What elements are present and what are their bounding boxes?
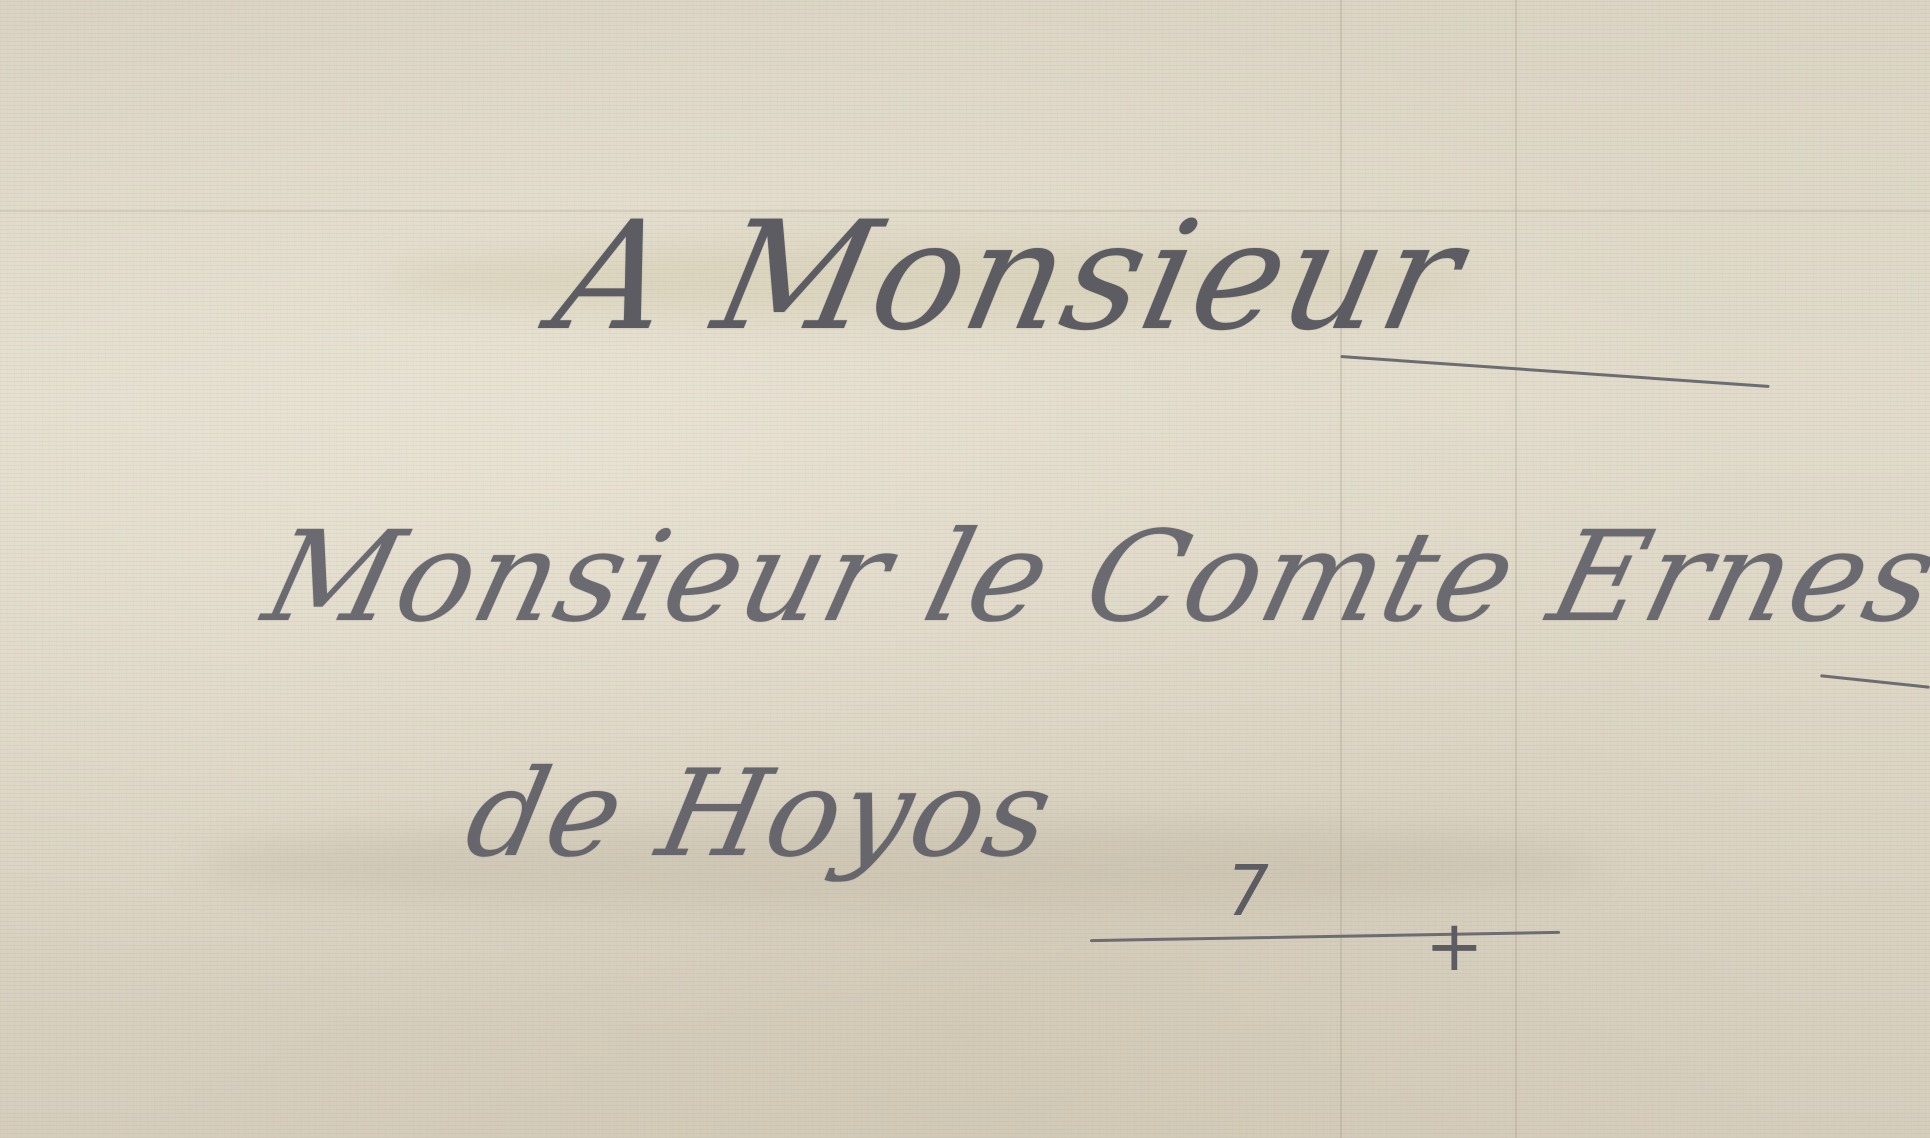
- address-line-salutation: A Monsieur: [542, 190, 1478, 364]
- plus-mark: +: [1425, 905, 1484, 987]
- address-line-family: de Hoyos: [455, 745, 1065, 884]
- address-line-recipient: Monsieur le Comte Ernest: [252, 505, 1930, 650]
